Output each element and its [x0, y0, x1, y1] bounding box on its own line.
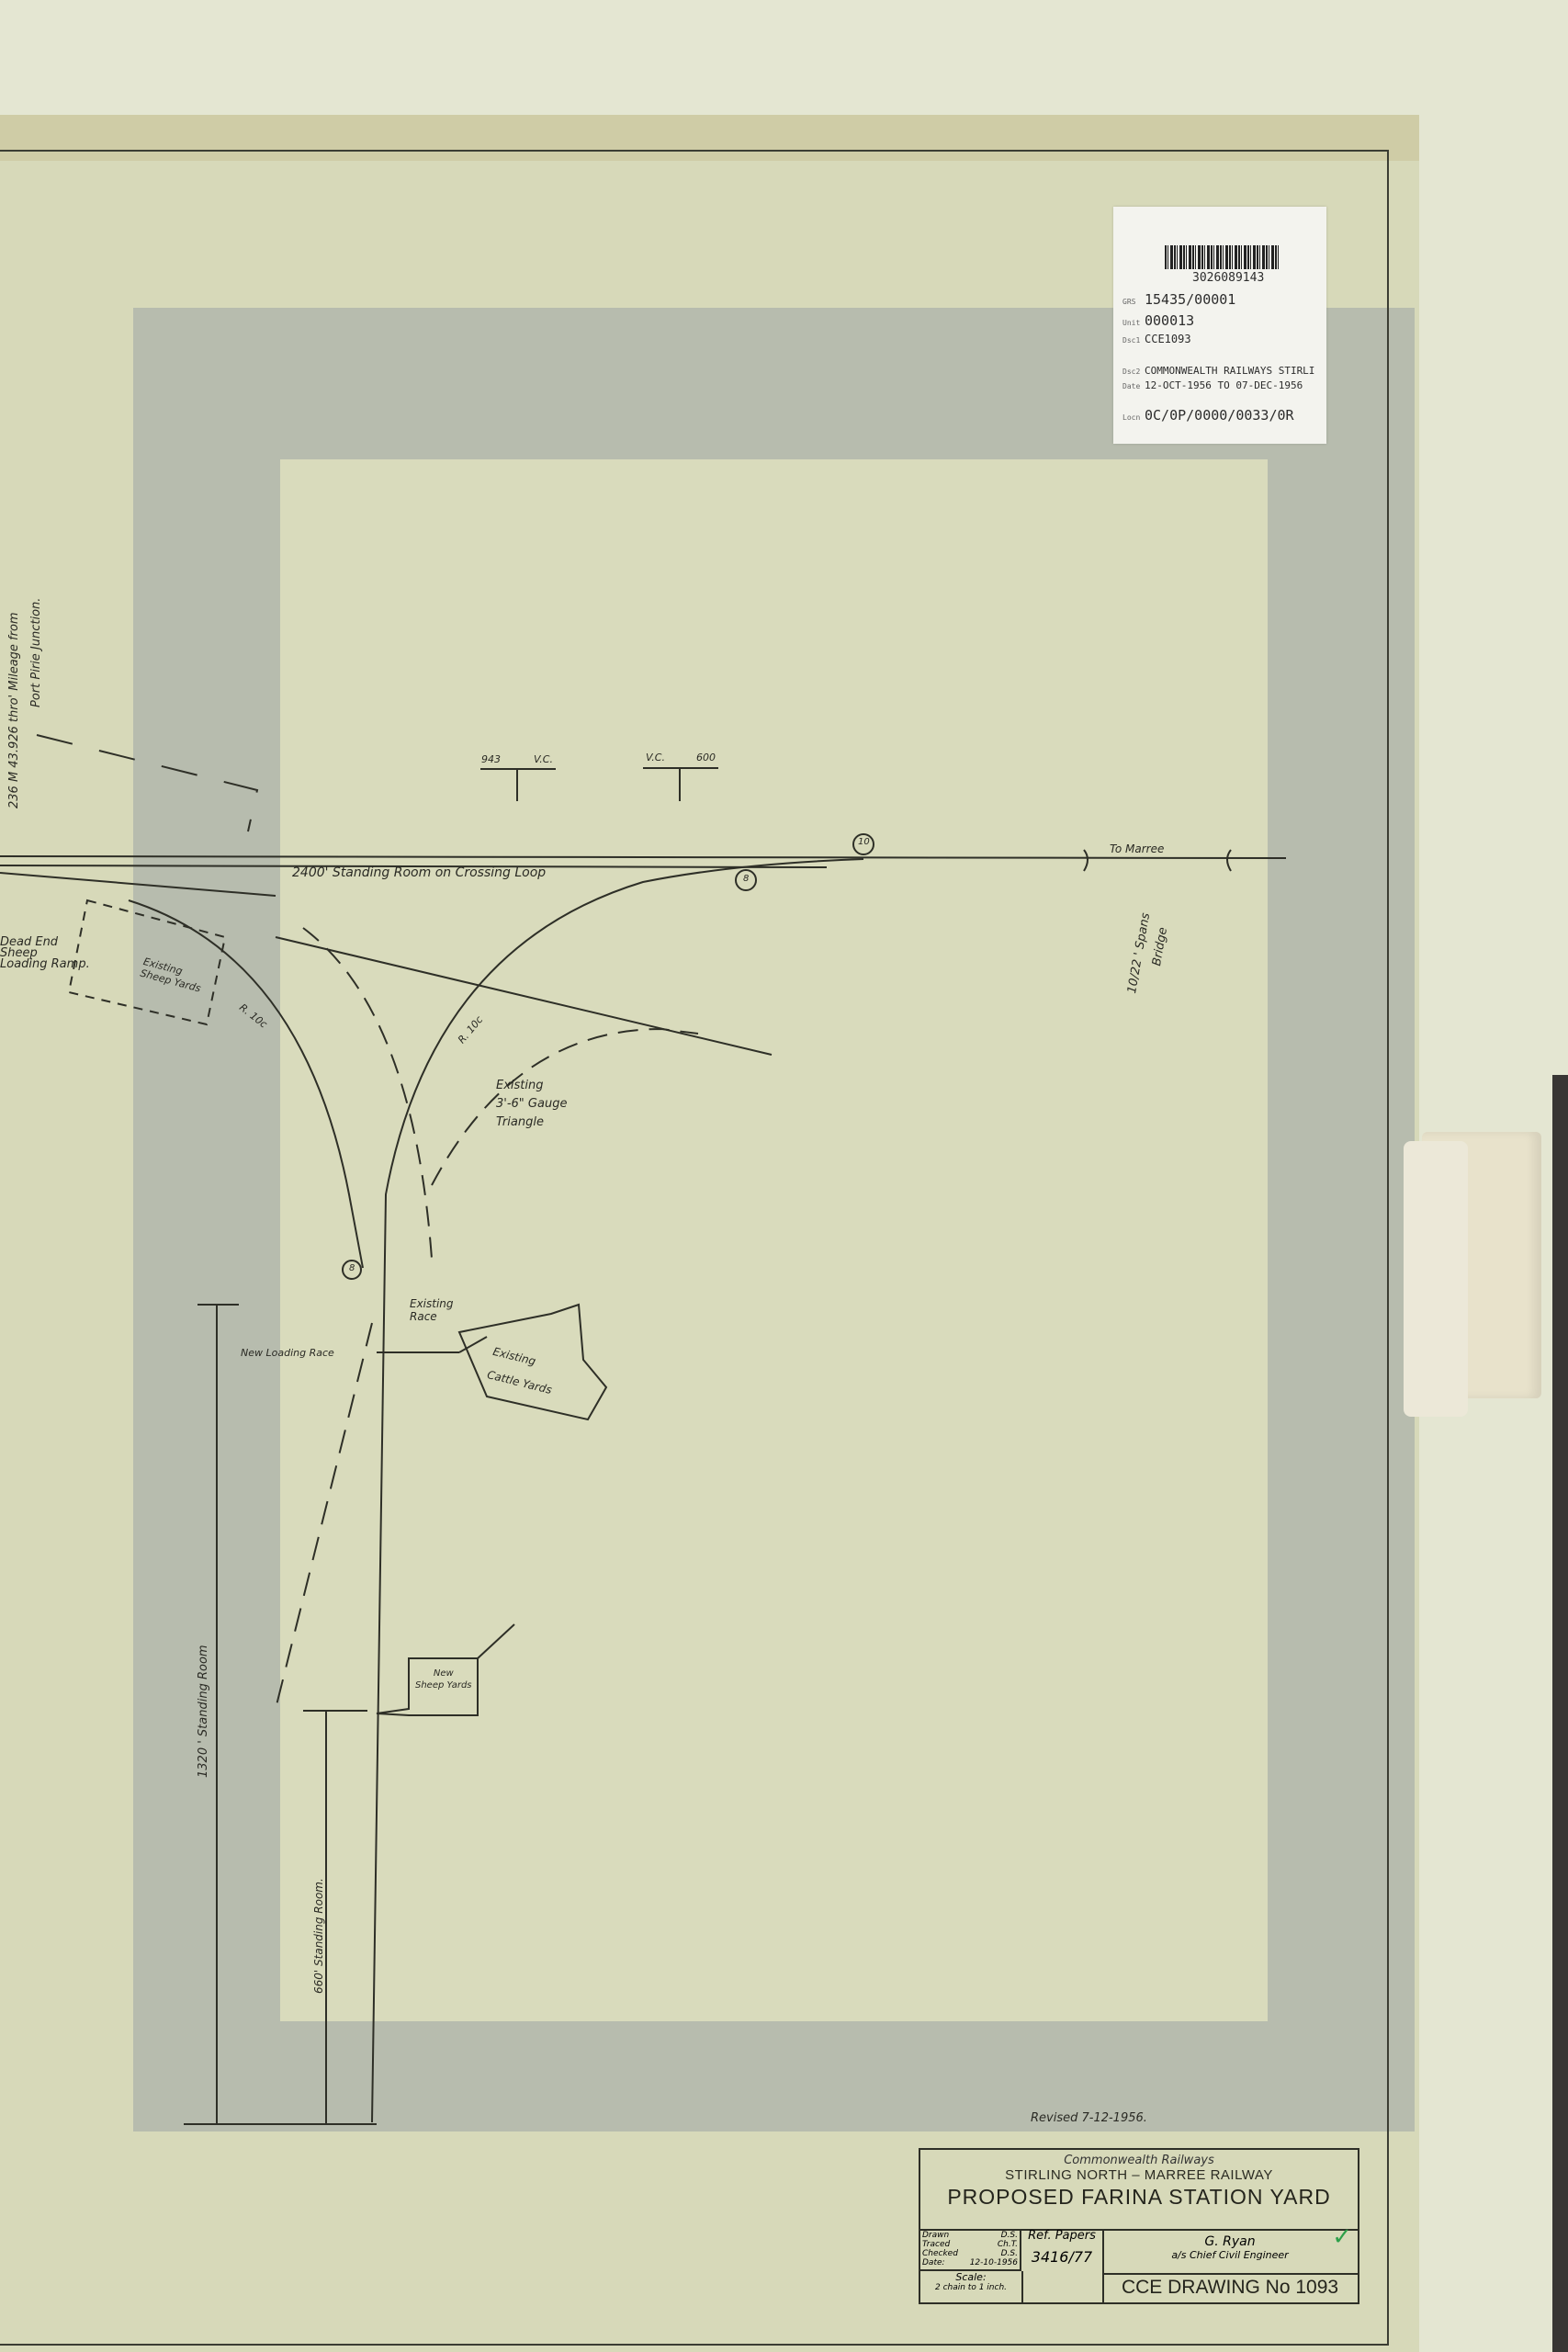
easel-edge — [1552, 1075, 1568, 2352]
label-row-locn: Locn0C/0P/0000/0033/0R — [1122, 407, 1294, 424]
to-marree-label: To Marree — [1110, 842, 1164, 855]
new-sheep-yards-label: NewSheep Yards — [415, 1668, 472, 1691]
label-row-dsc1: Dsc1CCE1093 — [1122, 333, 1191, 345]
vc-right-label: V.C. — [646, 752, 665, 763]
signature: G. Ryan — [1102, 2234, 1358, 2249]
existing-race-label: ExistingRace — [410, 1297, 454, 1323]
label-row-date: Date12-OCT-1956 TO 07-DEC-1956 — [1122, 379, 1303, 391]
scale-box: Scale: 2 chain to 1 inch. — [920, 2271, 1023, 2302]
vc-right-num: 600 — [696, 752, 716, 763]
vc-left-label: V.C. — [534, 753, 553, 765]
track-layout-drawing — [0, 0, 1568, 2352]
railway-name: STIRLING NORTH – MARREE RAILWAY — [920, 2167, 1358, 2183]
ref-papers: Ref. Papers 3416/77 — [1021, 2229, 1104, 2302]
crossing-loop-label: 2400' Standing Room on Crossing Loop — [292, 865, 546, 880]
standing-room-660: 660' Standing Room. — [312, 1878, 325, 1994]
revised-date: Revised 7-12-1956. — [1031, 2111, 1147, 2125]
signatory-title: a/s Chief Civil Engineer — [1102, 2249, 1358, 2261]
mileage-note: 236 M 43.926 thro' Mileage from — [7, 612, 21, 808]
signature-box: G. Ryan a/s Chief Civil Engineer ✓ — [1102, 2229, 1358, 2275]
drawing-number: CCE DRAWING No 1093 — [1102, 2273, 1358, 2302]
drawing-title: PROPOSED FARINA STATION YARD — [920, 2185, 1358, 2210]
organisation: Commonwealth Railways — [920, 2154, 1358, 2167]
mileage-note-2: Port Pirie Junction. — [29, 598, 43, 707]
standing-room-1320: 1320 ' Standing Room — [197, 1645, 210, 1778]
vc-left-num: 943 — [481, 753, 501, 765]
barcode — [1165, 245, 1279, 269]
existing-triangle-label: Existing3'-6" GaugeTriangle — [496, 1077, 567, 1132]
turnout-8-right: 8 — [743, 874, 749, 884]
label-row-grs: GRS15435/00001 — [1122, 291, 1235, 308]
dead-end-ramp-label: Dead EndSheepLoading Ramp. — [0, 937, 90, 970]
label-row-dsc2: Dsc2COMMONWEALTH RAILWAYS STIRLI — [1122, 365, 1314, 377]
title-block-header: Commonwealth Railways STIRLING NORTH – M… — [920, 2150, 1358, 2231]
title-block: Commonwealth Railways STIRLING NORTH – M… — [919, 2148, 1359, 2304]
check-mark-icon: ✓ — [1332, 2223, 1352, 2251]
archive-label: 3026089143 GRS15435/00001 Unit000013 Dsc… — [1113, 207, 1326, 444]
turnout-8-left: 8 — [349, 1263, 355, 1273]
paperweight — [1404, 1132, 1551, 1419]
drafting-info: DrawnD.S. TracedCh.T. CheckedD.S. Date:1… — [920, 2229, 1021, 2271]
label-row-unit: Unit000013 — [1122, 312, 1194, 329]
barcode-number: 3026089143 — [1192, 271, 1264, 285]
new-loading-race-label: New Loading Race — [241, 1347, 334, 1359]
turnout-10: 10 — [858, 837, 870, 847]
